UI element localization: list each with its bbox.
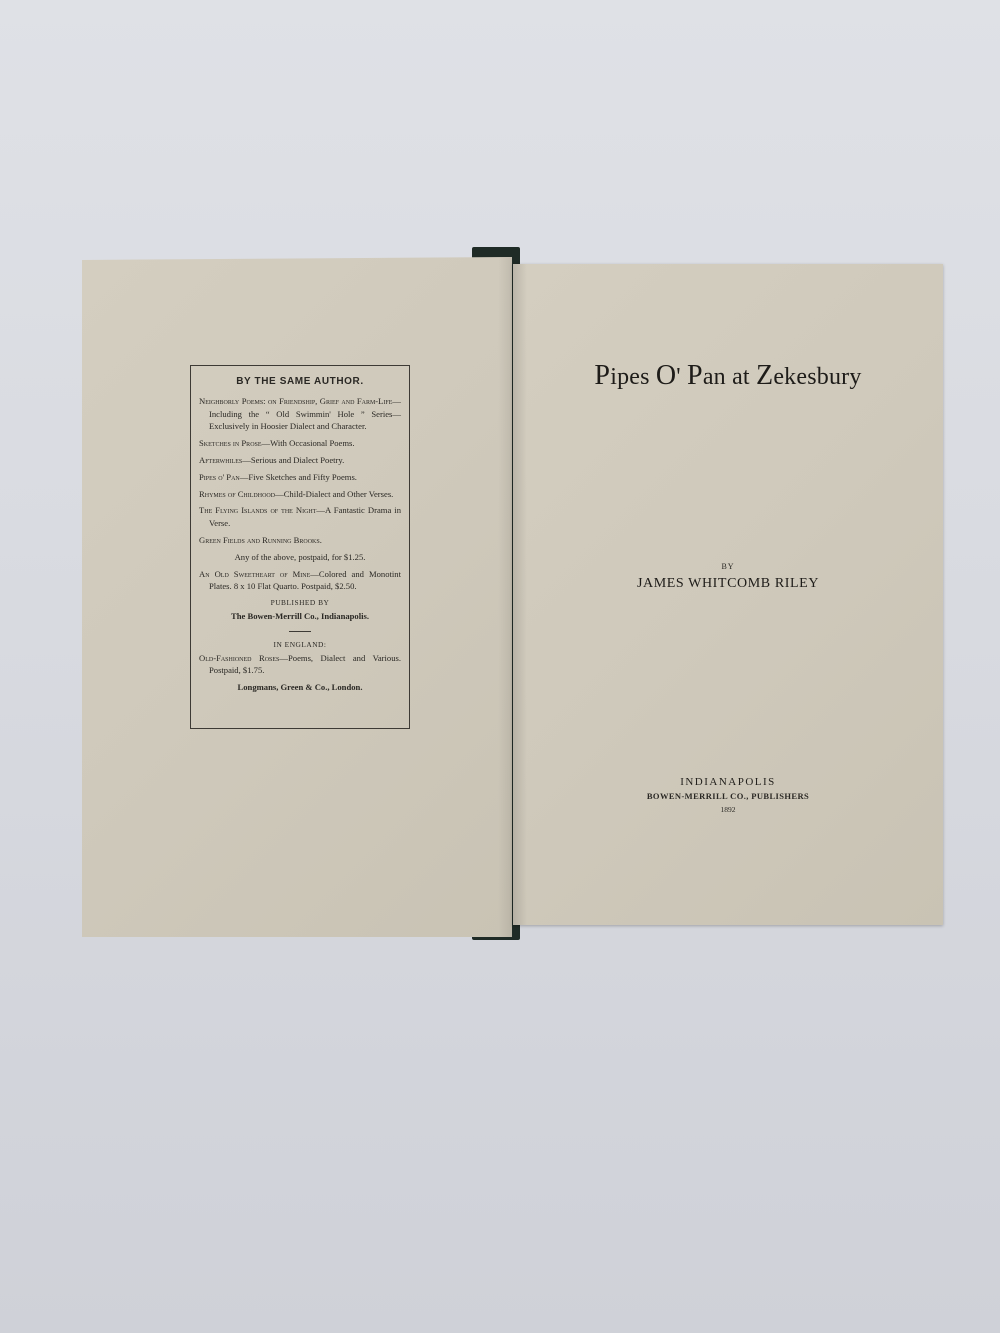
title-fragment: O	[656, 360, 676, 391]
ad-entry-title: The Flying Islands of the Night	[199, 505, 316, 515]
gutter-shadow	[498, 257, 512, 937]
ad-entry: Green Fields and Running Brooks.	[199, 534, 401, 547]
ad-entry-title: Afterwhiles	[199, 455, 242, 465]
price-note: Any of the above, postpaid, for $1.25.	[199, 551, 401, 564]
publisher-name: The Bowen-Merrill Co., Indianapolis.	[199, 610, 401, 623]
special-entry: An Old Sweetheart of Mine—Colored and Mo…	[199, 568, 401, 594]
ad-entry-desc: —With Occasional Poems.	[262, 438, 355, 448]
title-fragment: '	[676, 364, 687, 390]
ad-entry-title: Rhymes of Childhood	[199, 489, 275, 499]
ad-entry-desc: —Serious and Dialect Poetry.	[242, 455, 344, 465]
ad-entry-desc: —Five Sketches and Fifty Poems.	[240, 472, 357, 482]
special-entry-title: An Old Sweetheart of Mine	[199, 569, 310, 579]
title-fragment: ekesbury	[773, 364, 861, 390]
book-title: Pipes O' Pan at Zekesbury	[513, 360, 943, 392]
ad-entry: Sketches in Prose—With Occasional Poems.	[199, 437, 401, 450]
published-by-label: PUBLISHED BY	[199, 597, 401, 610]
ad-entry: Rhymes of Childhood—Child-Dialect and Ot…	[199, 488, 401, 501]
ad-entry: Afterwhiles—Serious and Dialect Poetry.	[199, 454, 401, 467]
ad-entry-title: Neighborly Poems: on Friendship, Grief a…	[199, 396, 392, 406]
left-page: BY THE SAME AUTHOR. Neighborly Poems: on…	[82, 257, 512, 937]
england-label: IN ENGLAND:	[199, 639, 401, 652]
imprint-year: 1892	[513, 805, 943, 814]
england-entry: Old-Fashioned Roses—Poems, Dialect and V…	[199, 652, 401, 678]
england-publisher: Longmans, Green & Co., London.	[199, 681, 401, 694]
title-fragment: Z	[756, 360, 773, 391]
ad-entry-title: Pipes o' Pan	[199, 472, 240, 482]
ad-entry: Neighborly Poems: on Friendship, Grief a…	[199, 395, 401, 433]
imprint-city: INDIANAPOLIS	[513, 776, 943, 788]
by-label: BY	[513, 562, 943, 571]
ad-entry-title: Green Fields and Running Brooks.	[199, 535, 322, 545]
by-same-author-box: BY THE SAME AUTHOR. Neighborly Poems: on…	[190, 365, 410, 729]
imprint-publisher: BOWEN-MERRILL CO., PUBLISHERS	[513, 791, 943, 801]
divider-rule	[289, 631, 311, 632]
title-fragment: an at	[703, 364, 756, 390]
title-fragment: P	[687, 360, 703, 391]
title-fragment: P	[594, 360, 610, 391]
title-fragment: ipes	[610, 364, 656, 390]
author-name: JAMES WHITCOMB RILEY	[513, 576, 943, 592]
title-page: Pipes O' Pan at Zekesbury BY JAMES WHITC…	[513, 264, 943, 925]
ad-entry: The Flying Islands of the Night—A Fantas…	[199, 504, 401, 530]
england-entry-title: Old-Fashioned Roses	[199, 653, 279, 663]
ad-entry-desc: —Child-Dialect and Other Verses.	[275, 489, 393, 499]
ad-entry-title: Sketches in Prose	[199, 438, 262, 448]
ad-box-title: BY THE SAME AUTHOR.	[199, 376, 401, 389]
ad-entry: Pipes o' Pan—Five Sketches and Fifty Poe…	[199, 471, 401, 484]
